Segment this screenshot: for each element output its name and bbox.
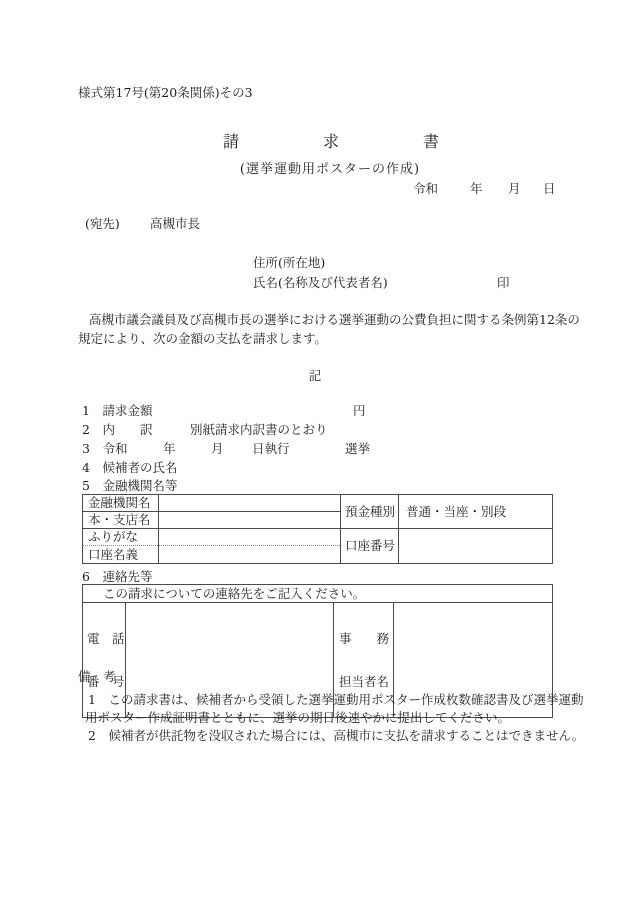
bank-info-table: 金融機関名 預金種別 普通・当座・別段 本・支店名 ふりがな 口座番号 口座名義 — [82, 494, 553, 564]
body-paragraph-line-1: 高槻市議会議員及び高槻市長の選挙における選挙運動の公費負担に関する条例第12条の — [89, 313, 580, 327]
remarks-note-2: 2 候補者が供託物を没収された場合には、高槻市に支払を請求することはできません。 — [88, 729, 584, 743]
bank-institution-label: 金融機関名 — [83, 495, 159, 512]
deposit-type-options: 普通・当座・別段 — [399, 495, 553, 529]
staff-label-line-1: 事 務 — [339, 631, 393, 646]
remarks-note-1-line-2: 用ポスター作成証明書とともに、選挙の期日後速やかに提出してください。 — [85, 711, 510, 725]
doc-title: 請求書 — [223, 133, 523, 151]
doc-subtitle: (選挙運動用ポスターの作成) — [30, 163, 630, 177]
remarks-heading: 備 考 — [78, 670, 116, 684]
bank-branch-label: 本・支店名 — [83, 512, 159, 529]
bank-branch-value-cell — [159, 512, 341, 529]
date-day-label: 日 — [543, 182, 556, 196]
name-field-label: 氏名(名称及び代表者名) — [253, 276, 388, 290]
bank-account-name-label: 口座名義 — [83, 546, 159, 564]
election-day-label: 日執行 — [252, 442, 290, 456]
bank-furigana-value-cell — [159, 529, 341, 546]
election-era-label: 3 令和 — [82, 442, 127, 456]
phone-label-line-1: 電 話 — [87, 631, 125, 646]
contact-header-note: この請求についての連絡先をご記入ください。 — [83, 585, 553, 603]
account-number-value-cell — [399, 529, 553, 564]
remarks-note-1-line-1: 1 この請求書は、候補者から受領した選挙運動用ポスター作成枚数確認書及び選挙運動 — [88, 693, 583, 707]
list-item-candidate: 4 候補者の氏名 — [82, 461, 177, 475]
account-number-label: 口座番号 — [341, 529, 399, 564]
contact-header-row: この請求についての連絡先をご記入ください。 — [83, 585, 553, 603]
date-year-label: 年 — [470, 182, 483, 196]
body-paragraph-line-2: 規定により、次の金額の支払を請求します。 — [78, 332, 327, 346]
bank-row-institution: 金融機関名 預金種別 普通・当座・別段 — [83, 495, 553, 512]
document-page: 様式第17号(第20条関係)その3 請求書 (選挙運動用ポスターの作成) 令和 … — [0, 0, 630, 903]
election-month-label: 月 — [211, 442, 224, 456]
bank-account-name-value-cell — [159, 546, 341, 564]
breakdown-value: 別紙請求内訳書のとおり — [190, 423, 328, 437]
list-item-bank: 5 金融機関名等 — [82, 479, 177, 493]
election-year-label: 年 — [163, 442, 176, 456]
bank-furigana-label: ふりがな — [83, 529, 159, 546]
staff-label-line-2: 担当者名 — [339, 674, 393, 689]
list-item-contact: 6 連絡先等 — [82, 570, 152, 584]
date-month-label: 月 — [508, 182, 521, 196]
bank-institution-value-cell — [159, 495, 341, 512]
breakdown-label: 2 内 訳 — [82, 423, 152, 437]
bank-row-furigana: ふりがな 口座番号 — [83, 529, 553, 546]
addressee-name: 高槻市長 — [150, 217, 200, 231]
form-number: 様式第17号(第20条関係)その3 — [78, 86, 253, 100]
date-era-label: 令和 — [413, 182, 438, 196]
record-marker: 記 — [0, 369, 630, 383]
seal-mark: 印 — [497, 276, 510, 290]
election-suffix-label: 選挙 — [345, 442, 370, 456]
amount-unit-label: 円 — [353, 404, 366, 418]
amount-label: 1 請求金額 — [82, 404, 152, 418]
addressee-prefix: (宛先) — [85, 217, 120, 231]
address-field-label: 住所(所在地) — [253, 256, 325, 270]
deposit-type-label: 預金種別 — [341, 495, 399, 529]
